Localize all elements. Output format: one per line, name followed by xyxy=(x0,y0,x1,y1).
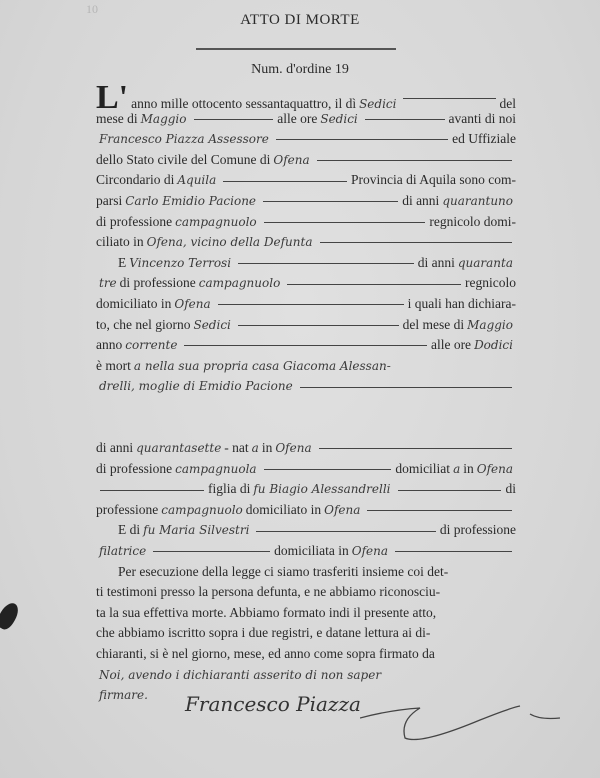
record-line: tre di professione campagnuolo regnicolo xyxy=(96,273,516,294)
record-line: di anni quarantasette - nata in Ofena xyxy=(96,438,516,459)
record-line: di professione campagnuolo regnicolo dom… xyxy=(96,212,516,233)
record-line: dello Stato civile del Comune di Ofena xyxy=(96,150,516,171)
closing-handwritten: Noi, avendo i dichiaranti asserito di no… xyxy=(99,665,513,686)
record-line: professione campagnuolo domiciliato in O… xyxy=(96,500,516,521)
closing-line: Per esecuzione della legge ci siamo tras… xyxy=(96,562,516,583)
closing-line: che abbiamo iscritto sopra i due registr… xyxy=(96,623,516,644)
closing-line: chiaranti, si è nel giorno, mese, ed ann… xyxy=(96,644,516,665)
record-line: drelli, moglie di Emidio Pacione xyxy=(96,376,516,397)
closing-line: ti testimoni presso la persona defunta, … xyxy=(96,582,516,603)
record-line: to, che nel giorno Sedici del mese di Ma… xyxy=(96,315,516,336)
record-line: mese di Maggio alle ore Sedici avanti di… xyxy=(96,109,516,130)
record-line: E di fu Maria Silvestri di professione xyxy=(96,520,516,541)
record-line: figlia di fu Biagio Alessandrelli di xyxy=(96,479,516,500)
order-label: Num. d'ordine xyxy=(251,62,331,77)
record-line: L' anno mille ottocento sessantaquattro,… xyxy=(96,88,516,109)
ink-blot-mark xyxy=(0,600,22,632)
record-line: domiciliato in Ofena i quali han dichiar… xyxy=(96,294,516,315)
record-line: Francesco Piazza Assessore ed Uffiziale xyxy=(96,129,516,150)
closing-line: ta la sua effettiva morte. Abbiamo forma… xyxy=(96,603,516,624)
record-line: ciliato in Ofena, vicino della Defunta xyxy=(96,232,516,253)
record-line: di professione campagnuola domiciliata i… xyxy=(96,459,516,480)
officer-signature: Francesco Piazza xyxy=(185,692,361,716)
record-line: anno corrente alle ore Dodici xyxy=(96,335,516,356)
title-divider xyxy=(196,48,396,50)
order-value: 19 xyxy=(335,62,349,77)
record-line: è morta nella sua propria casa Giacoma A… xyxy=(96,356,516,377)
handwritten-entry: Sedici xyxy=(359,94,396,115)
signature-flourish xyxy=(360,700,560,750)
record-line: parsi Carlo Emidio Pacione di anni quara… xyxy=(96,191,516,212)
record-line: Circondario di Aquila Provincia di Aquil… xyxy=(96,170,516,191)
record-line: filatrice domiciliata in Ofena xyxy=(96,541,516,562)
record-body: L' anno mille ottocento sessantaquattro,… xyxy=(96,88,516,706)
record-line: E Vincenzo Terrosi di anni quaranta xyxy=(96,253,516,274)
order-number: Num. d'ordine 19 xyxy=(0,62,600,78)
death-record-page: 10 ATTO DI MORTE Num. d'ordine 19 L' ann… xyxy=(0,0,600,778)
document-title: ATTO DI MORTE xyxy=(0,12,600,29)
